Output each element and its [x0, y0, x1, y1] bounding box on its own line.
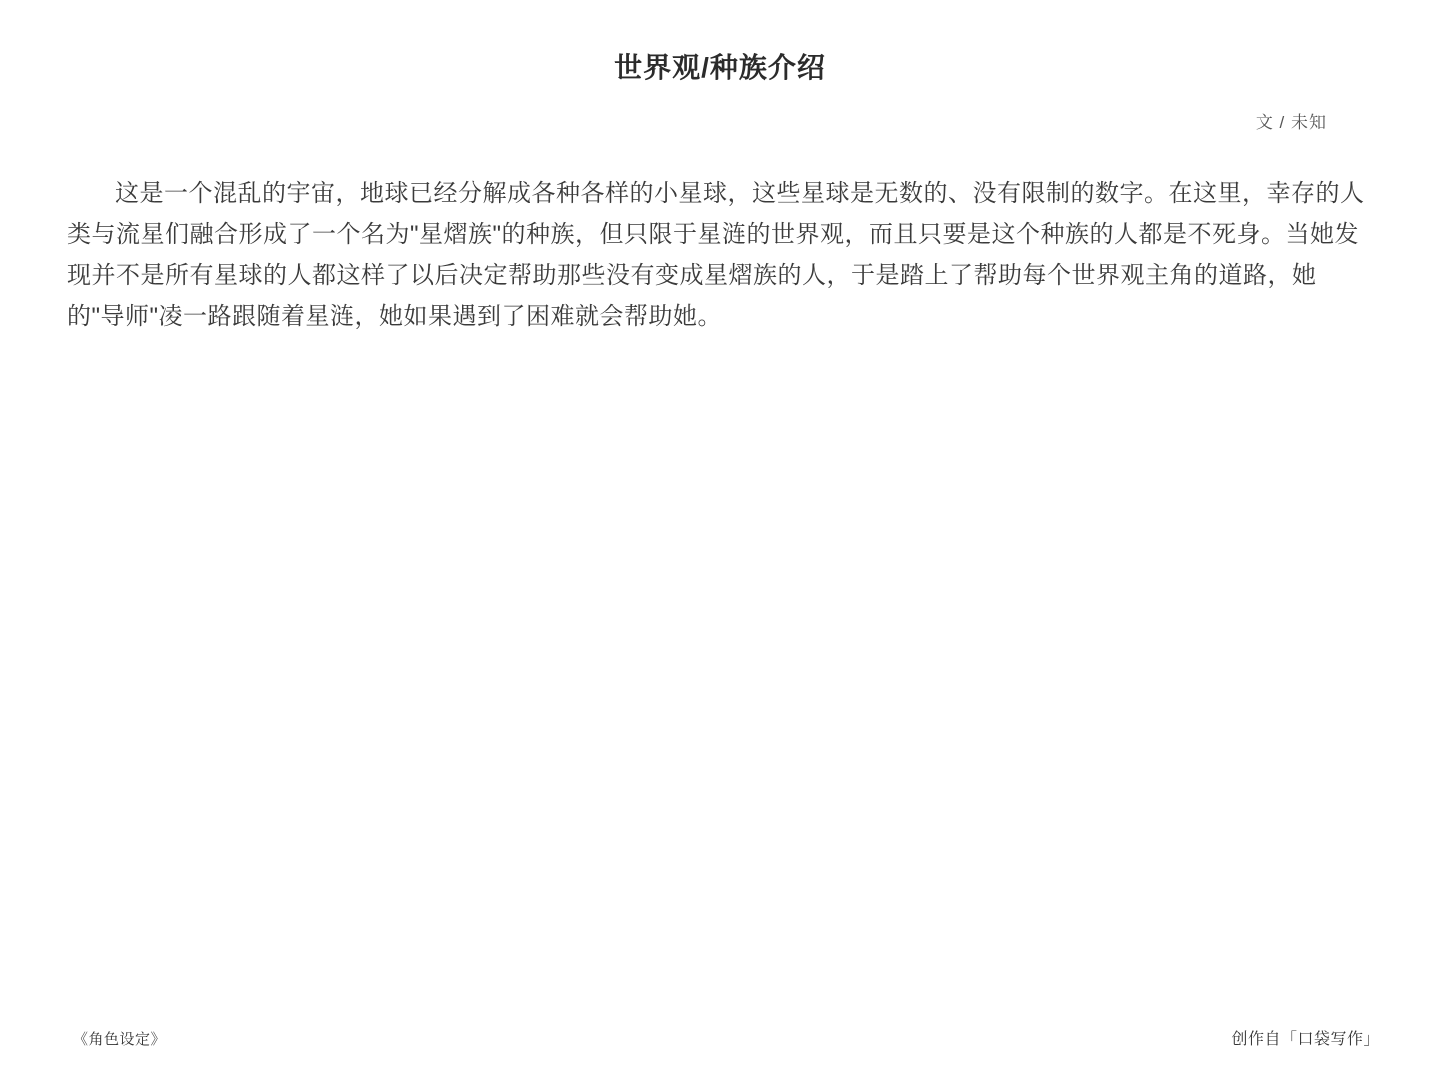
- page-title: 世界观/种族介绍: [0, 0, 1440, 86]
- footer-source-credit: 创作自「口袋写作」: [1231, 1026, 1380, 1049]
- footer-document-name: 《角色设定》: [73, 1028, 166, 1049]
- author-byline: 文 / 未知: [0, 108, 1440, 133]
- body-paragraph: 这是一个混乱的宇宙，地球已经分解成各种各样的小星球，这些星球是无数的、没有限制的…: [0, 173, 1440, 337]
- document-page: 世界观/种族介绍 文 / 未知 这是一个混乱的宇宙，地球已经分解成各种各样的小星…: [0, 0, 1440, 1080]
- page-footer: 《角色设定》 创作自「口袋写作」: [0, 1026, 1440, 1049]
